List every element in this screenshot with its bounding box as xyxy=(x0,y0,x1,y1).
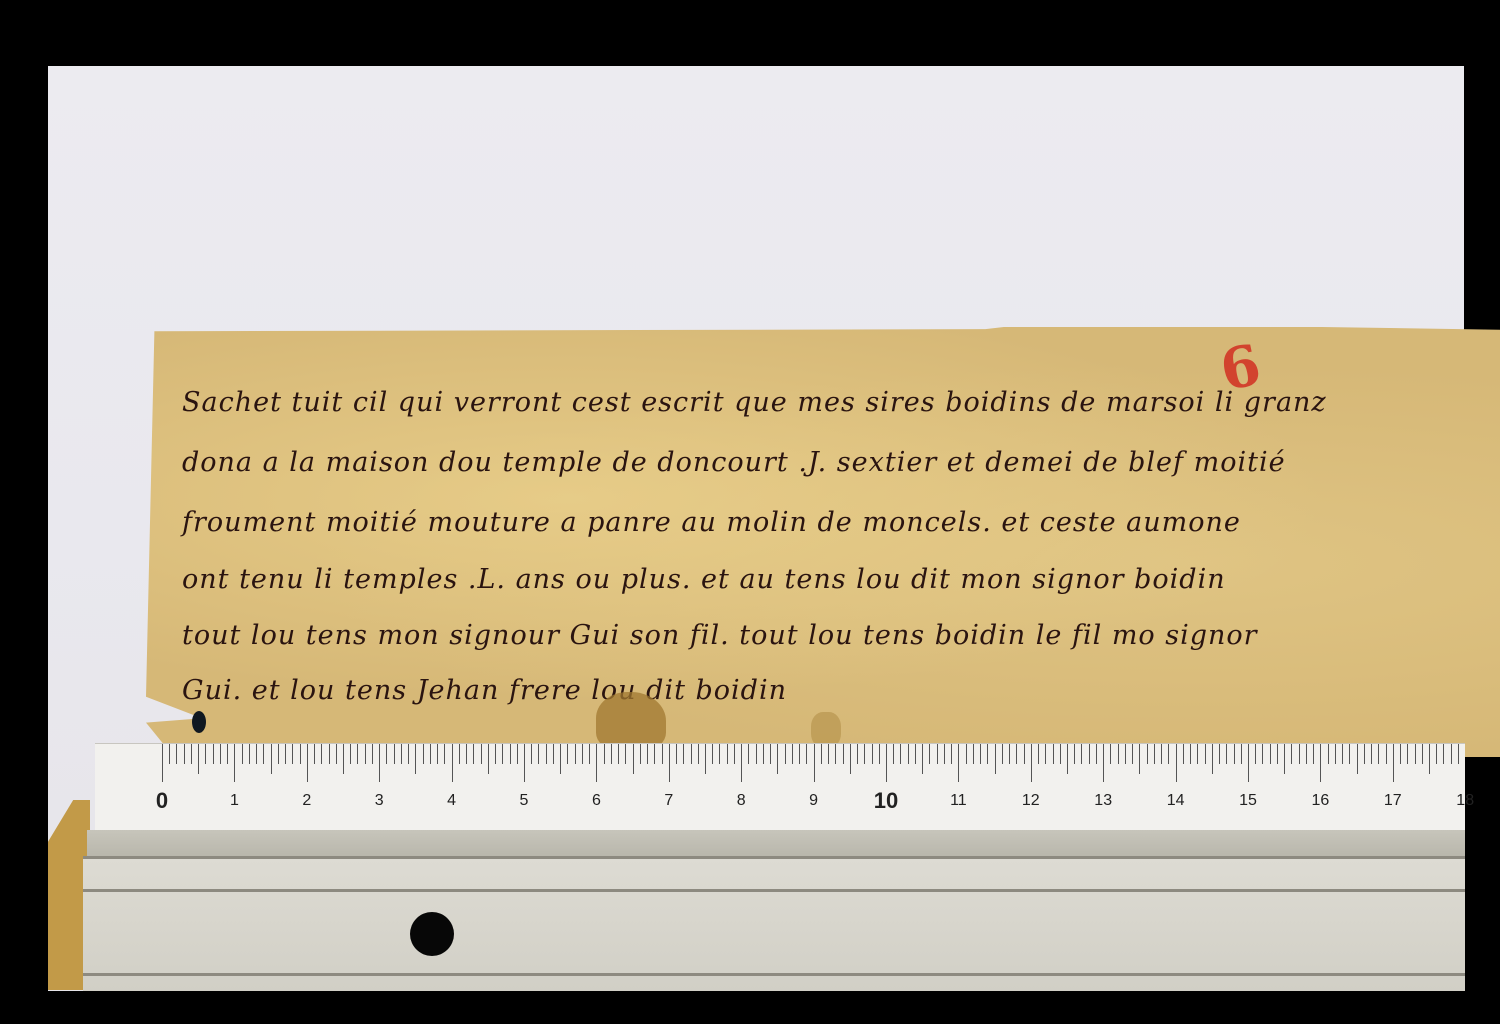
manuscript-text-block: 6 Sachet tuit cil qui verront cest escri… xyxy=(146,327,1500,757)
ruler-tick xyxy=(350,744,351,764)
ruler-tick xyxy=(1205,744,1206,764)
ruler-tick xyxy=(473,744,474,764)
ruler-tick xyxy=(1262,744,1263,764)
ruler-tick xyxy=(872,744,873,764)
ruler-tick xyxy=(336,744,337,764)
ruler-label: 12 xyxy=(1022,792,1040,810)
ruler-tick xyxy=(1009,744,1010,764)
ruler-tick xyxy=(314,744,315,764)
ruler-tick xyxy=(676,744,677,764)
ruler-tick xyxy=(929,744,930,764)
ruler-tick xyxy=(995,744,996,774)
ruler-tick xyxy=(951,744,952,764)
ruler-tick xyxy=(567,744,568,764)
ruler-tick xyxy=(683,744,684,764)
ruler-tick xyxy=(1081,744,1082,764)
ruler-tick xyxy=(1342,744,1343,764)
ruler-tick xyxy=(365,744,366,764)
ruler-tick xyxy=(1234,744,1235,764)
ruler-tick xyxy=(1110,744,1111,764)
ruler-tick xyxy=(285,744,286,764)
ruler-tick xyxy=(1002,744,1003,764)
ruler-tick xyxy=(1226,744,1227,764)
ruler-tick xyxy=(857,744,858,764)
ruler-tick xyxy=(372,744,373,764)
ruler-tick xyxy=(531,744,532,764)
ruler-tick xyxy=(1357,744,1358,774)
ruler-tick xyxy=(843,744,844,764)
ruler-tick xyxy=(1313,744,1314,764)
ruler-tick xyxy=(828,744,829,764)
ruler-tick xyxy=(466,744,467,764)
ruler-tick xyxy=(1176,744,1177,782)
ruler-tick xyxy=(1132,744,1133,764)
ruler-tick xyxy=(1183,744,1184,764)
ruler-tick xyxy=(234,744,235,782)
ruler-tick xyxy=(1393,744,1394,782)
ruler-tick xyxy=(900,744,901,764)
ruler-tick xyxy=(1139,744,1140,774)
ruler-tick xyxy=(1306,744,1307,764)
ruler-tick xyxy=(893,744,894,764)
ruler-tick xyxy=(1024,744,1025,764)
ruler-tick xyxy=(213,744,214,764)
ruler-tick xyxy=(256,744,257,764)
manuscript-line-2: dona a la maison dou temple de doncourt … xyxy=(182,447,1286,478)
ruler-tick xyxy=(908,744,909,764)
ruler-tick xyxy=(1407,744,1408,764)
ruler-tick xyxy=(741,744,742,782)
ruler-label: 15 xyxy=(1239,792,1257,810)
ruler-label: 14 xyxy=(1167,792,1185,810)
ruler-label: 18 xyxy=(1456,792,1474,810)
ruler-tick xyxy=(242,744,243,764)
ruler-tick xyxy=(1118,744,1119,764)
ruler-tick xyxy=(495,744,496,764)
ruler-tick xyxy=(792,744,793,764)
ruler-tick xyxy=(430,744,431,764)
ruler-tick xyxy=(662,744,663,764)
ruler-tick xyxy=(394,744,395,764)
ruler-tick xyxy=(1277,744,1278,764)
ruler-tick xyxy=(1038,744,1039,764)
ruler-tick xyxy=(357,744,358,764)
ink-blot xyxy=(192,711,206,733)
ruler-tick xyxy=(806,744,807,764)
ruler-label: 17 xyxy=(1384,792,1402,810)
ruler-tick xyxy=(604,744,605,764)
ruler-tick xyxy=(821,744,822,764)
ruler-tick xyxy=(1248,744,1249,782)
ruler-tick xyxy=(1031,744,1032,782)
ruler-tick xyxy=(1436,744,1437,764)
ruler-tick xyxy=(669,744,670,782)
ruler-label: 7 xyxy=(664,792,673,810)
ruler-tick xyxy=(481,744,482,764)
manuscript-line-3: froument moitié mouture a panre au molin… xyxy=(182,507,1241,538)
ruler-tick xyxy=(553,744,554,764)
ruler-tick xyxy=(1103,744,1104,782)
ruler-label: 11 xyxy=(950,792,967,810)
ruler-tick xyxy=(1422,744,1423,764)
ruler-tick xyxy=(698,744,699,764)
ruler-tick xyxy=(343,744,344,774)
ruler-tick xyxy=(510,744,511,764)
ruler-tick xyxy=(727,744,728,764)
ruler-tick xyxy=(1045,744,1046,764)
ruler-tick xyxy=(1190,744,1191,764)
ruler-tick xyxy=(488,744,489,774)
ruler-tick xyxy=(589,744,590,764)
ruler-tick xyxy=(756,744,757,764)
ruler-tick xyxy=(162,744,163,782)
ruler-tick xyxy=(452,744,453,782)
ruler-scale: 0123456789101112131415161718 xyxy=(95,743,1465,831)
ruler-tick xyxy=(1060,744,1061,764)
ruler-tick xyxy=(1328,744,1329,764)
ruler-tick xyxy=(1125,744,1126,764)
ruler-tick xyxy=(1212,744,1213,774)
ruler-label: 8 xyxy=(737,792,746,810)
ruler-label: 4 xyxy=(447,792,456,810)
ruler-label: 1 xyxy=(230,792,239,810)
ruler-tick xyxy=(1335,744,1336,764)
ruler-groove-lower xyxy=(83,973,1465,976)
ruler-tick xyxy=(1147,744,1148,764)
ruler-tick xyxy=(329,744,330,764)
ruler-tick xyxy=(835,744,836,764)
ruler-tick xyxy=(958,744,959,782)
ruler-tick xyxy=(437,744,438,764)
ruler-tick xyxy=(205,744,206,764)
ruler-tick xyxy=(1270,744,1271,764)
ruler-body xyxy=(83,859,1465,991)
ruler-label: 16 xyxy=(1311,792,1329,810)
ruler-label: 0 xyxy=(156,788,168,814)
ruler-tick xyxy=(538,744,539,764)
ruler-tick xyxy=(220,744,221,764)
ruler-tick xyxy=(1443,744,1444,764)
ruler-label: 2 xyxy=(302,792,311,810)
ruler-groove-upper xyxy=(83,889,1465,892)
ruler-tick xyxy=(582,744,583,764)
ruler-tick xyxy=(1349,744,1350,764)
ruler-tick xyxy=(1074,744,1075,764)
manuscript-line-6: Gui. et lou tens Jehan frere lou dit boi… xyxy=(182,675,787,706)
ruler-tick xyxy=(640,744,641,764)
ruler-tick xyxy=(691,744,692,764)
ruler-tick xyxy=(1197,744,1198,764)
ruler-tick xyxy=(618,744,619,764)
ruler-tick xyxy=(1429,744,1430,774)
ruler-tick xyxy=(278,744,279,764)
ruler-tick xyxy=(1219,744,1220,764)
ruler-tick xyxy=(1291,744,1292,764)
ruler-label: 6 xyxy=(592,792,601,810)
ruler-tick xyxy=(886,744,887,782)
ruler-tick xyxy=(408,744,409,764)
ruler-tick xyxy=(1320,744,1321,782)
ruler-tick xyxy=(611,744,612,764)
ruler-tick xyxy=(973,744,974,764)
ruler-tick xyxy=(633,744,634,774)
ruler-tick xyxy=(879,744,880,764)
ruler-tick xyxy=(263,744,264,764)
ruler-tick xyxy=(980,744,981,764)
ruler-tick xyxy=(1161,744,1162,764)
ruler-tick xyxy=(459,744,460,764)
manuscript-line-4: ont tenu li temples .L. ans ou plus. et … xyxy=(182,564,1226,595)
ruler-tick xyxy=(712,744,713,764)
ruler-tick xyxy=(1386,744,1387,764)
ruler-tick xyxy=(1241,744,1242,764)
ruler-tick xyxy=(1400,744,1401,764)
ruler-tick xyxy=(625,744,626,764)
ruler-tick xyxy=(850,744,851,774)
ruler-tick xyxy=(415,744,416,774)
ruler-tick xyxy=(937,744,938,764)
ruler-tick xyxy=(575,744,576,764)
ruler-tick xyxy=(401,744,402,764)
ruler-tick xyxy=(705,744,706,774)
ruler-tick xyxy=(517,744,518,764)
ruler-tick xyxy=(1168,744,1169,764)
ruler-tick xyxy=(1451,744,1452,764)
ruler-label: 9 xyxy=(809,792,818,810)
ruler-tick xyxy=(321,744,322,764)
manuscript-line-5: tout lou tens mon signour Gui son fil. t… xyxy=(182,620,1258,651)
ruler-tick xyxy=(1089,744,1090,764)
ruler-tick xyxy=(1364,744,1365,764)
ruler-tick xyxy=(922,744,923,774)
ruler-tick xyxy=(249,744,250,764)
ruler-tick xyxy=(1255,744,1256,764)
ruler-tick xyxy=(169,744,170,764)
ruler-tick xyxy=(300,744,301,764)
ruler-tick xyxy=(1299,744,1300,764)
ruler-tick xyxy=(647,744,648,764)
ruler-tick xyxy=(386,744,387,764)
ruler-tick xyxy=(1458,744,1459,764)
manuscript-line-1: Sachet tuit cil qui verront cest escrit … xyxy=(182,387,1327,418)
ruler-tick xyxy=(1067,744,1068,774)
ruler-tick xyxy=(1096,744,1097,764)
ruler-tick xyxy=(596,744,597,782)
ruler-tick xyxy=(524,744,525,782)
ruler-tick xyxy=(814,744,815,782)
ruler-tick xyxy=(785,744,786,764)
ruler-tick xyxy=(227,744,228,764)
ruler-tick xyxy=(719,744,720,764)
ruler-tick xyxy=(176,744,177,764)
ruler-tick xyxy=(444,744,445,764)
ruler-tick xyxy=(379,744,380,782)
ruler-label: 5 xyxy=(520,792,529,810)
ruler: 0123456789101112131415161718 xyxy=(95,743,1465,991)
ruler-tick xyxy=(198,744,199,774)
ruler-tick xyxy=(966,744,967,764)
ruler-tick xyxy=(1284,744,1285,774)
ruler-tick xyxy=(799,744,800,764)
ruler-tick xyxy=(1378,744,1379,764)
ruler-tick xyxy=(915,744,916,764)
ruler-ridge xyxy=(87,830,1465,856)
ruler-tick xyxy=(1053,744,1054,764)
ruler-tick xyxy=(654,744,655,764)
ruler-tick xyxy=(864,744,865,764)
ruler-tick xyxy=(944,744,945,764)
ruler-tick xyxy=(734,744,735,764)
ruler-tick xyxy=(292,744,293,764)
ruler-tick xyxy=(763,744,764,764)
ruler-tick xyxy=(184,744,185,764)
ruler-tick xyxy=(423,744,424,764)
ruler-tick xyxy=(748,744,749,764)
ruler-tick xyxy=(1371,744,1372,764)
ruler-tick xyxy=(271,744,272,774)
ruler-tick xyxy=(560,744,561,774)
ruler-label: 3 xyxy=(375,792,384,810)
ruler-tick xyxy=(1016,744,1017,764)
stain xyxy=(596,692,666,750)
ruler-tick xyxy=(987,744,988,764)
ruler-tick xyxy=(502,744,503,764)
ruler-label: 13 xyxy=(1094,792,1112,810)
ruler-hole xyxy=(410,912,454,956)
ruler-tick xyxy=(546,744,547,764)
ruler-label: 10 xyxy=(874,788,898,814)
ruler-tick xyxy=(307,744,308,782)
ruler-tick xyxy=(1154,744,1155,764)
ruler-tick xyxy=(770,744,771,764)
ruler-tick xyxy=(777,744,778,774)
ruler-tick xyxy=(1415,744,1416,764)
ruler-tick xyxy=(191,744,192,764)
